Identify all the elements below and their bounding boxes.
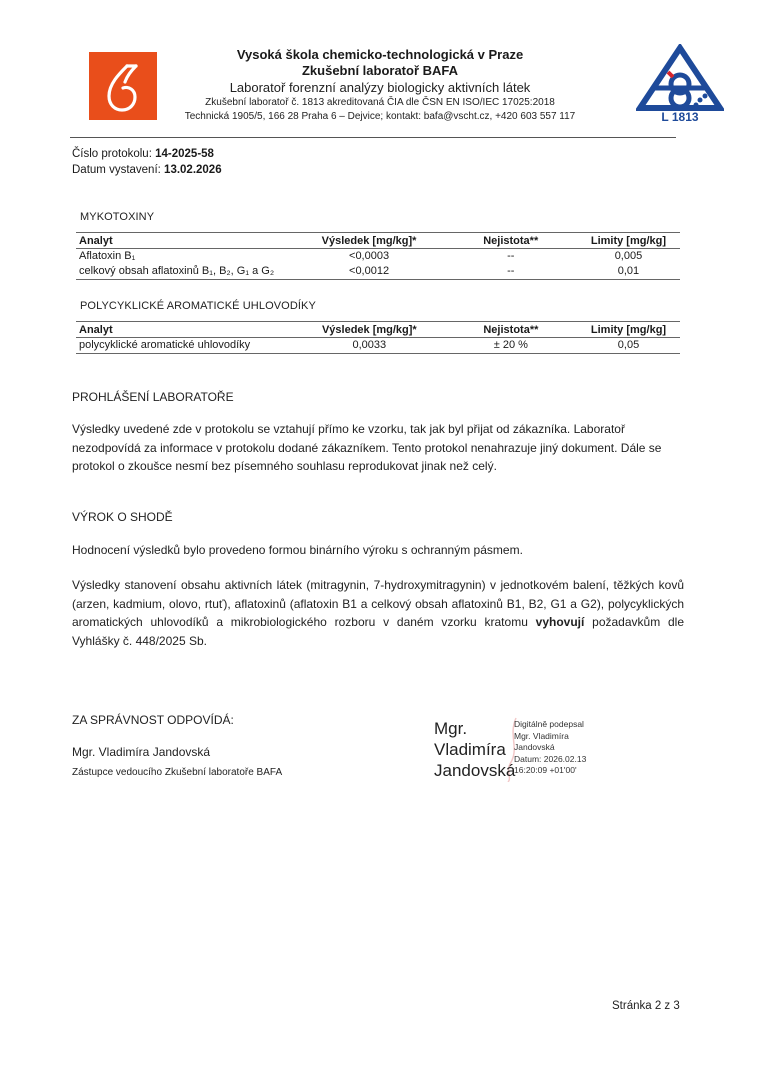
table-header-row: Analyt Výsledek [mg/kg]* Nejistota** Lim…: [76, 233, 680, 249]
issue-date-line: Datum vystavení: 13.02.2026: [72, 164, 222, 176]
accreditation-triangle-icon: L 1813: [636, 44, 724, 124]
contact-text: Technická 1905/5, 166 28 Praha 6 – Dejvi…: [150, 110, 610, 124]
institution-name: Vysoká škola chemicko-technologická v Pr…: [150, 47, 610, 63]
svg-text:L 1813: L 1813: [661, 110, 698, 124]
protocol-number-line: Číslo protokolu: 14-2025-58: [72, 148, 214, 160]
issue-date-label: Datum vystavení:: [72, 164, 161, 176]
dsig-line-2: Vladimíra: [434, 739, 515, 760]
digital-signature-details: Digitálně podepsal Mgr. Vladimíra Jandov…: [514, 719, 586, 777]
conformity-method-text: Hodnocení výsledků bylo provedeno formou…: [72, 541, 684, 560]
cell-uncertainty: --: [445, 264, 577, 280]
col-analyte: Analyt: [76, 233, 294, 249]
cell-result: 0,0033: [294, 338, 445, 354]
signatory-name: Mgr. Vladimíra Jandovská: [72, 745, 210, 759]
protocol-number-value: 14-2025-58: [155, 148, 214, 160]
dsig-detail-4: Datum: 2026.02.13: [514, 754, 586, 766]
issue-date-value: 13.02.2026: [164, 164, 222, 176]
conformity-verdict: vyhovují: [536, 615, 585, 629]
accreditation-text: Zkušební laboratoř č. 1813 akreditovaná …: [150, 96, 610, 110]
pah-table: Analyt Výsledek [mg/kg]* Nejistota** Lim…: [76, 321, 680, 354]
header-text: Vysoká škola chemicko-technologická v Pr…: [150, 47, 610, 124]
col-analyte: Analyt: [76, 322, 294, 338]
dsig-line-1: Mgr.: [434, 718, 515, 739]
section-mycotoxins: MYKOTOXINY: [80, 211, 154, 223]
protocol-number-label: Číslo protokolu:: [72, 148, 152, 160]
header-divider: [70, 137, 676, 138]
cell-analyte: Aflatoxin B₁: [76, 249, 294, 265]
cell-limit: 0,01: [577, 264, 680, 280]
col-limit: Limity [mg/kg]: [577, 322, 680, 338]
conformity-statement: Výsledky stanovení obsahu aktivních láte…: [72, 576, 684, 650]
cell-uncertainty: --: [445, 249, 577, 265]
dsig-detail-5: 16:20:09 +01'00': [514, 765, 586, 777]
dsig-detail-2: Mgr. Vladimíra: [514, 731, 586, 743]
cell-result: <0,0003: [294, 249, 445, 265]
cell-limit: 0,005: [577, 249, 680, 265]
lab-subtitle: Laboratoř forenzní analýzy biologicky ak…: [150, 80, 610, 96]
section-pah: POLYCYKLICKÉ AROMATICKÉ UHLOVODÍKY: [80, 300, 316, 312]
col-uncertainty: Nejistota**: [445, 233, 577, 249]
cell-limit: 0,05: [577, 338, 680, 354]
dsig-line-3: Jandovská: [434, 760, 515, 781]
lab-name: Zkušební laboratoř BAFA: [150, 63, 610, 79]
cia-logo: L 1813: [636, 44, 724, 124]
table-header-row: Analyt Výsledek [mg/kg]* Nejistota** Lim…: [76, 322, 680, 338]
table-row: Aflatoxin B₁ <0,0003 -- 0,005: [76, 249, 680, 265]
cell-uncertainty: ± 20 %: [445, 338, 577, 354]
col-result: Výsledek [mg/kg]*: [294, 322, 445, 338]
mycotoxins-table: Analyt Výsledek [mg/kg]* Nejistota** Lim…: [76, 232, 680, 280]
responsibility-label: ZA SPRÁVNOST ODPOVÍDÁ:: [72, 713, 234, 727]
drop-icon: [89, 52, 157, 120]
signatory-role: Zástupce vedoucího Zkušební laboratoře B…: [72, 767, 282, 778]
cell-analyte: celkový obsah aflatoxinů B₁, B₂, G₁ a G₂: [76, 264, 294, 280]
conformity-heading: VÝROK O SHODĚ: [72, 510, 173, 524]
digital-signature-name: Mgr. Vladimíra Jandovská: [434, 718, 515, 781]
dsig-detail-3: Jandovská: [514, 742, 586, 754]
declaration-heading: PROHLÁŠENÍ LABORATOŘE: [72, 390, 234, 404]
vscht-logo: [89, 52, 157, 120]
dsig-detail-1: Digitálně podepsal: [514, 719, 586, 731]
table-row: celkový obsah aflatoxinů B₁, B₂, G₁ a G₂…: [76, 264, 680, 280]
declaration-text: Výsledky uvedené zde v protokolu se vzta…: [72, 420, 684, 476]
cell-analyte: polycyklické aromatické uhlovodíky: [76, 338, 294, 354]
col-uncertainty: Nejistota**: [445, 322, 577, 338]
page-number: Stránka 2 z 3: [612, 1000, 680, 1012]
col-result: Výsledek [mg/kg]*: [294, 233, 445, 249]
cell-result: <0,0012: [294, 264, 445, 280]
table-row: polycyklické aromatické uhlovodíky 0,003…: [76, 338, 680, 354]
col-limit: Limity [mg/kg]: [577, 233, 680, 249]
